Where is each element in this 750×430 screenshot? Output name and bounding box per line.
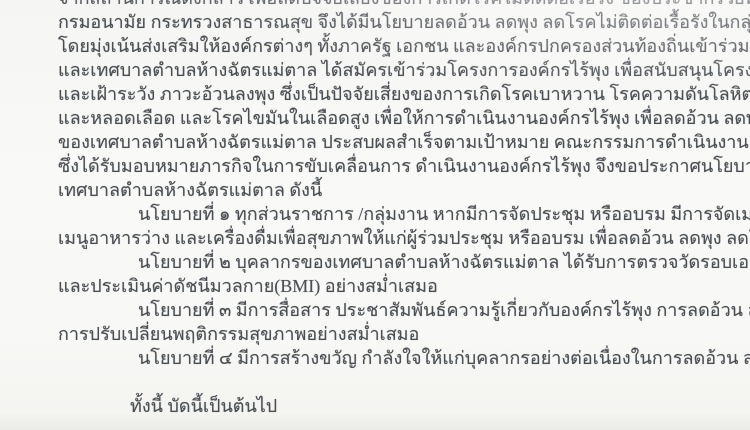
policy-line-2: นโยบายที่ ๒ บุคลากรของเทศบาลตำบลห้างฉัตร…	[58, 250, 742, 274]
closing-line: ทั้งนี้ บัดนี้เป็นต้นไป	[58, 394, 742, 418]
clipped-top-line: จากสถานการณ์ดังกล่าว เพื่อลดปัจจัยเสี่ยง…	[58, 0, 742, 10]
body-line: เทศบาลตำบลห้างฉัตรแม่ตาล ดังนี้	[58, 178, 742, 202]
policy-line-1-cont: เมนูอาหารว่าง และเครื่องดื่มเพื่อสุขภาพใ…	[58, 226, 742, 250]
body-line: ของเทศบาลตำบลห้างฉัตรแม่ตาล ประสบผลสำเร็…	[58, 130, 742, 154]
body-line: กรมอนามัย กระทรวงสาธารณสุข จึงได้มีนโยบา…	[58, 10, 742, 34]
blank-line	[58, 370, 742, 394]
policy-line-3-cont: การปรับเปลี่ยนพฤติกรรมสุขภาพอย่างสม่ำเสม…	[58, 322, 742, 346]
body-line: ซึ่งได้รับมอบหมายภารกิจในการขับเคลื่อนกา…	[58, 154, 742, 178]
body-line: โดยมุ่งเน้นส่งเสริมให้องค์กรต่างๆ ทั้งภา…	[58, 34, 742, 58]
document-page: จากสถานการณ์ดังกล่าว เพื่อลดปัจจัยเสี่ยง…	[0, 0, 750, 430]
policy-line-3: นโยบายที่ ๓ มีการสื่อสาร ประชาสัมพันธ์คว…	[58, 298, 742, 322]
body-line: และเฝ้าระวัง ภาวะอ้วนลงพุง ซึ่งเป็นปัจจั…	[58, 82, 742, 106]
body-line: และหลอดเลือด และโรคไขมันในเลือดสูง เพื่อ…	[58, 106, 742, 130]
policy-line-4: นโยบายที่ ๔ มีการสร้างขวัญ กำลังใจให้แก่…	[58, 346, 742, 370]
policy-line-1: นโยบายที่ ๑ ทุกส่วนราชการ /กลุ่มงาน หากม…	[58, 202, 742, 226]
policy-line-2-cont: และประเมินค่าดัชนีมวลกาย(BMI) อย่างสม่ำเ…	[58, 274, 742, 298]
body-line: และเทศบาลตำบลห้างฉัตรแม่ตาล ได้สมัครเข้า…	[58, 58, 742, 82]
